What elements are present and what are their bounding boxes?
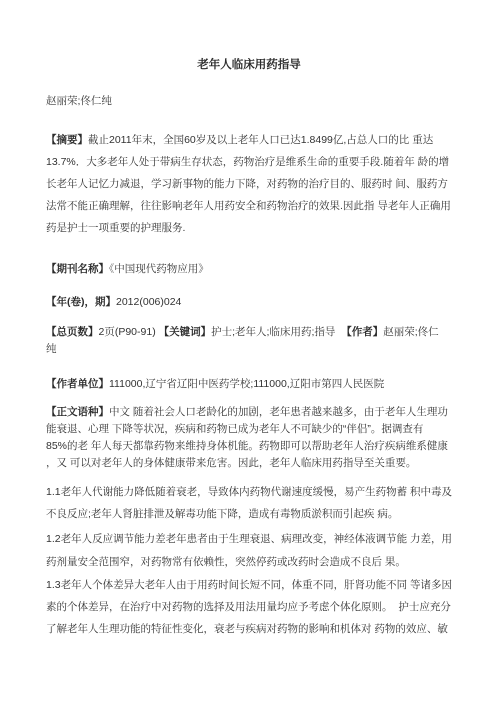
meta-line-2: 纯 (46, 341, 452, 358)
journal-label: 【期刊名称】 (46, 263, 109, 275)
language-text-1: 中文 随着社会人口老龄化的加剧，老年患者越来越多，由于老年人生理功 (109, 406, 448, 418)
section-1-1: 1.1老年人代谢能力降低随着衰老，导致体内药物代谢速度缓慢，易产生药物蓄 积中毒… (46, 481, 452, 525)
language-line-4: ，又 可以对老年人的身体健康带来危害。因此，老年人临床用药指导至关重要。 (46, 455, 452, 472)
journal-name-line: 【期刊名称】《中国现代药物应用》 (46, 258, 452, 280)
abstract-text-1: 截止2011年末，全国60岁及以上老年人口已达1.8499亿,占总人口的比 重达 (88, 134, 433, 146)
abstract-line-5: 药是护士一项重要的护理服务. (46, 217, 452, 239)
language-line-1: 【正文语种】中文 随着社会人口老龄化的加剧，老年患者越来越多，由于老年人生理功 (46, 404, 452, 421)
section-1-3-line-2: 素的个体差异，在治疗中对药物的选择及用法用量均应予考虑个体化原则。 护士应充分 (46, 596, 452, 618)
section-1-3-line-1: 1.3老年人个体差异大老年人由于用药时间长短不同，体重不同，肝肾功能不同 等诸多… (46, 574, 452, 596)
authors-line: 赵丽荣;佟仁纯 (46, 94, 452, 108)
section-1-2-line-2: 药剂量安全范围窄，对药物常有依赖性，突然停药或改药时会造成不良后 果。 (46, 551, 452, 574)
language-line-3: 85%的老 年人每天都靠药物来维持身体机能。药物即可以帮助老年人治疗疾病维系健康 (46, 438, 452, 455)
section-1-2-line-1: 1.2老年人反应调节能力差老年患者由于生理衰退、病理改变，神经体液调节能 力差，… (46, 528, 452, 551)
year-label: 【年(卷)，期】 (46, 296, 116, 308)
section-1-1-line-2: 不良反应;老年人肾脏排泄及解毒功能下降，造成有毒物质淤积而引起疾 病。 (46, 503, 452, 525)
author-label: 【作者】 (341, 326, 383, 338)
journal-value: 《中国现代药物应用》 (109, 263, 209, 275)
language-paragraph: 【正文语种】中文 随着社会人口老龄化的加剧，老年患者越来越多，由于老年人生理功 … (46, 404, 452, 472)
keywords-value: 护士;老年人;临床用药;指导 (211, 326, 341, 338)
section-1-1-line-1: 1.1老年人代谢能力降低随着衰老，导致体内药物代谢速度缓慢，易产生药物蓄 积中毒… (46, 481, 452, 503)
keywords-label: 【关键词】 (159, 326, 212, 338)
author-value: 赵丽荣;佟仁 (383, 326, 438, 338)
meta-line-1: 【总页数】2页(P90-91) 【关键词】护士;老年人;临床用药;指导 【作者】… (46, 324, 452, 341)
section-1-3: 1.3老年人个体差异大老年人由于用药时间长短不同，体重不同，肝肾功能不同 等诸多… (46, 574, 452, 640)
abstract-label: 【摘要】 (46, 134, 88, 146)
abstract-paragraph: 【摘要】截止2011年末，全国60岁及以上老年人口已达1.8499亿,占总人口的… (46, 129, 452, 239)
pages-value: 2页(P90-91) (99, 326, 159, 338)
section-1-3-line-3: 了解老年人生理功能的特征性变化，衰老与疾病对药物的影响和机体对 药物的效应、敏 (46, 618, 452, 640)
affiliation-label: 【作者单位】 (46, 378, 109, 390)
affiliation-value: 111000,辽宁省辽阳中医药学校;111000,辽阳市第四人民医院 (109, 378, 384, 390)
section-1-2: 1.2老年人反应调节能力差老年患者由于生理衰退、病理改变，神经体液调节能 力差，… (46, 528, 452, 574)
language-line-2: 能衰退、心理 下降等状况，疾病和药物已成为老年人不可缺少的“伴侣”。据调查有 (46, 421, 452, 438)
abstract-line-3: 长老年人记忆力减退，学习新事物的能力下降，对药物的治疗目的、服药时 间、服药方 (46, 173, 452, 195)
abstract-line-4: 法常不能正确理解，往往影响老年人用药安全和药物治疗的效果.因此指 导老年人正确用 (46, 195, 452, 217)
meta-paragraph: 【总页数】2页(P90-91) 【关键词】护士;老年人;临床用药;指导 【作者】… (46, 324, 452, 358)
abstract-line-1: 【摘要】截止2011年末，全国60岁及以上老年人口已达1.8499亿,占总人口的… (46, 129, 452, 151)
year-issue-line: 【年(卷)，期】2012(006)024 (46, 291, 452, 313)
document-page: 老年人临床用药指导 赵丽荣;佟仁纯 【摘要】截止2011年末，全国60岁及以上老… (0, 0, 500, 707)
affiliation-line: 【作者单位】111000,辽宁省辽阳中医药学校;111000,辽阳市第四人民医院 (46, 373, 452, 395)
year-value: 2012(006)024 (116, 296, 181, 308)
language-label: 【正文语种】 (46, 406, 109, 418)
abstract-line-2: 13.7%．大多老年人处于带病生存状态，药物治疗是维系生命的重要手段.随着年 龄… (46, 151, 452, 173)
pages-label: 【总页数】 (46, 326, 99, 338)
page-title: 老年人临床用药指导 (46, 58, 452, 72)
